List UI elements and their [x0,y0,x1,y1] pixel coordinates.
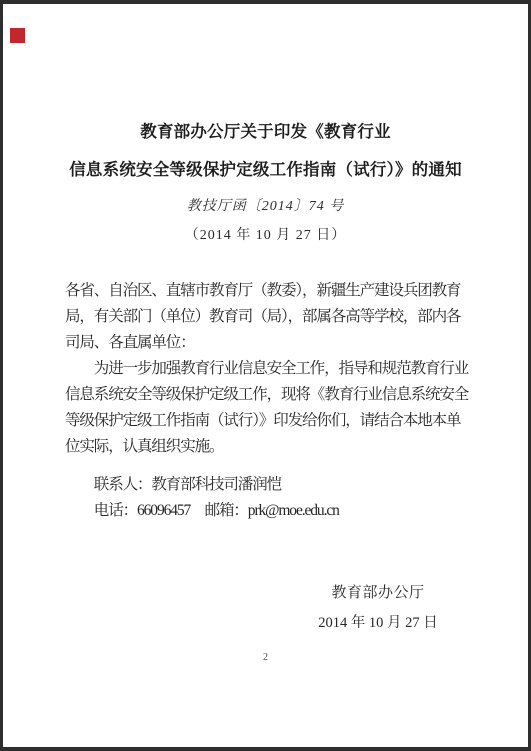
page-number: 2 [3,652,528,663]
text-line: 为进一步加强教育行业信息安全工作，指导和规范教育行业 [65,356,469,382]
document-number: 教技厅函〔2014〕74 号 [3,195,528,215]
signature-organization: 教育部办公厅 [317,581,439,602]
red-stamp-mark [10,28,25,43]
contact-info: 联系人：教育部科技司潘润恺 电话：66096457 邮箱：prk@moe.edu… [65,472,469,524]
text-line: 各省、自治区、直辖市教育厅（教委），新疆生产建设兵团教育 [65,278,469,304]
text-line: 教育部办公厅关于印发《教育行业 [3,113,528,151]
text-line: 电话：66096457 邮箱：prk@moe.edu.cn [65,498,469,524]
text-line: 信息系统安全等级保护定级工作指南（试行）》的通知 [3,151,528,189]
document-date: （2014 年 10 月 27 日） [3,224,528,244]
text-line: 局，有关部门（单位）教育司（局），部属各高等学校，部内各 [65,304,469,330]
text-line: 信息系统安全等级保护定级工作，现将《教育行业信息系统安全 [65,382,469,408]
signature-date: 2014 年 10 月 27 日 [317,611,439,632]
text-line: 司局、各直属单位： [65,330,469,356]
text-line: 联系人：教育部科技司潘润恺 [65,472,469,498]
scanned-page-frame: 教育部办公厅关于印发《教育行业信息系统安全等级保护定级工作指南（试行）》的通知 … [0,0,531,751]
document-title: 教育部办公厅关于印发《教育行业信息系统安全等级保护定级工作指南（试行）》的通知 [3,113,528,189]
text-line: 位实际，认真组织实施。 [65,434,469,460]
document-body: 各省、自治区、直辖市教育厅（教委），新疆生产建设兵团教育局，有关部门（单位）教育… [65,278,469,460]
text-line: 等级保护定级工作指南（试行）》印发给你们，请结合本地本单 [65,408,469,434]
